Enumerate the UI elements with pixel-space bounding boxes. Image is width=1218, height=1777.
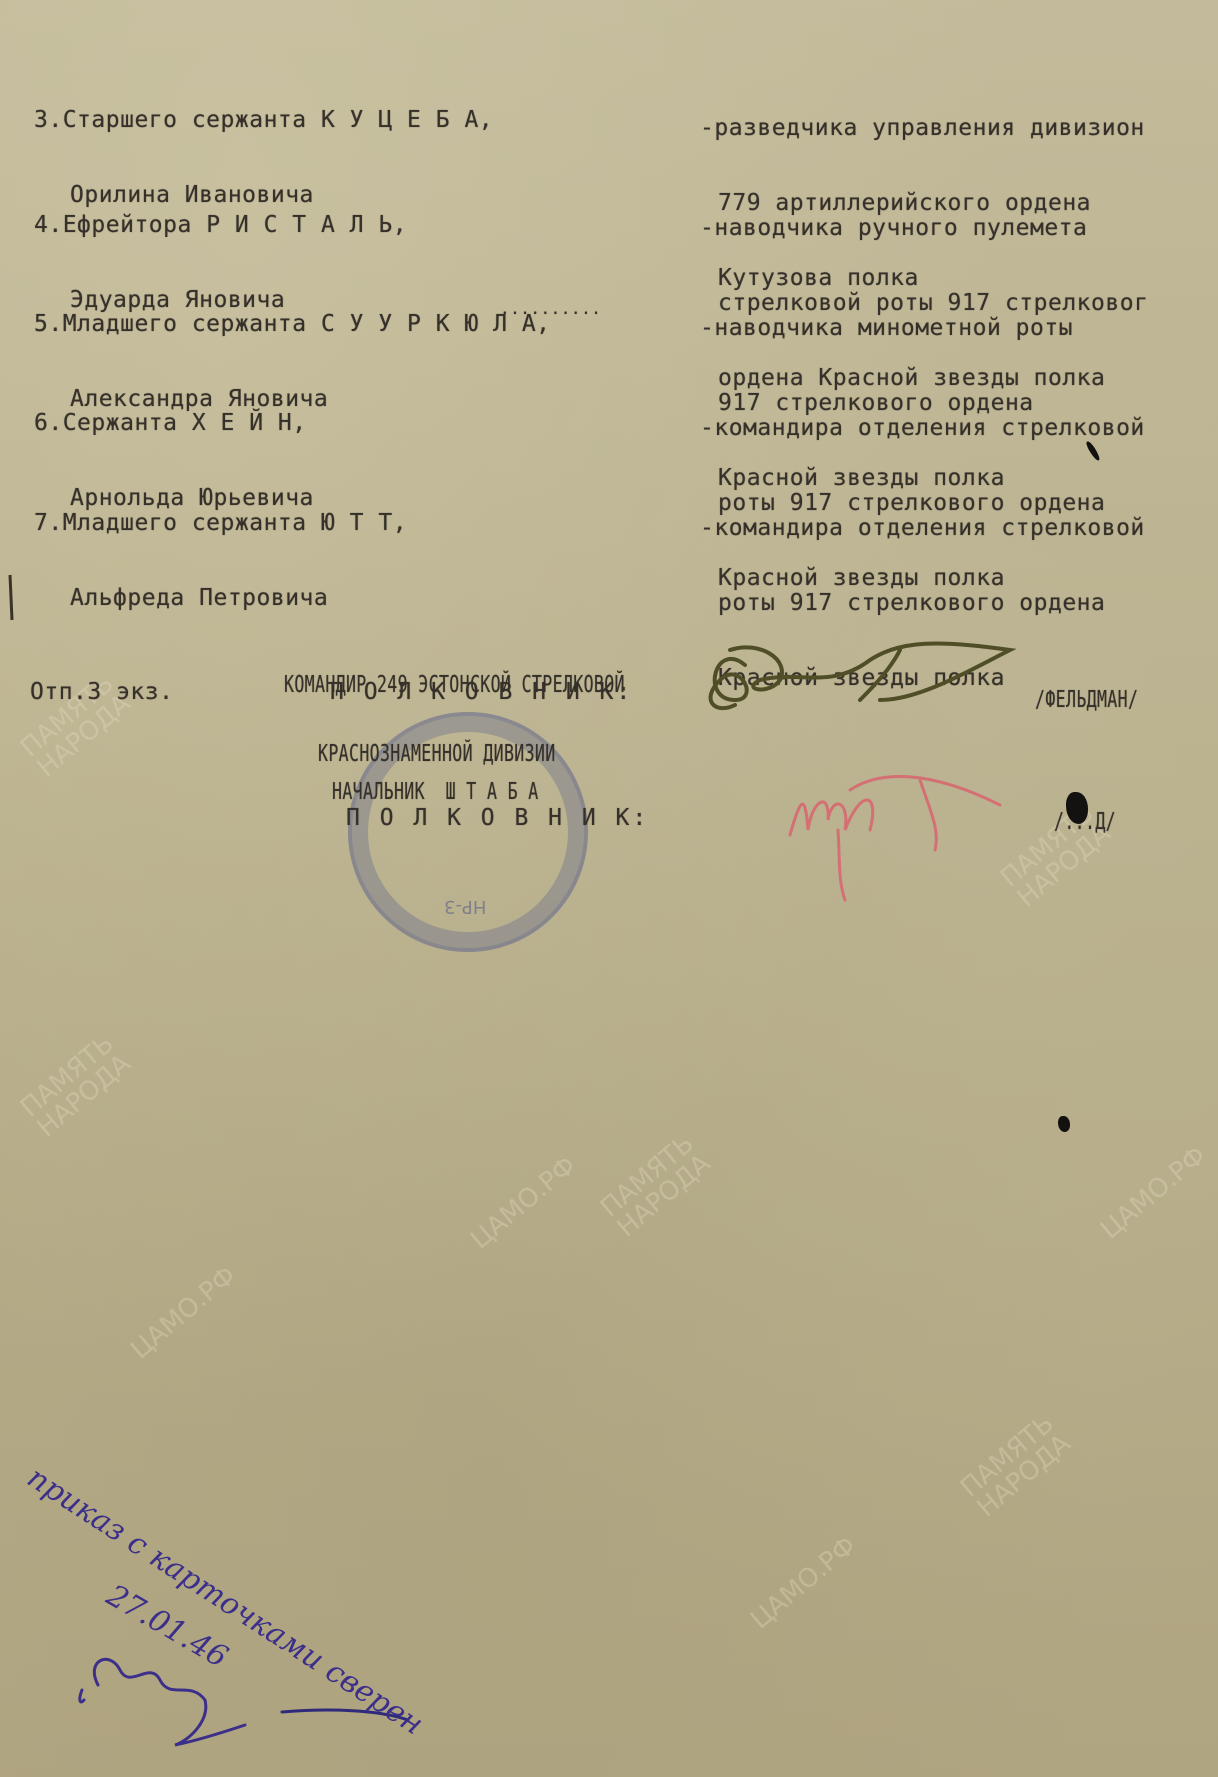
ink-marks <box>0 0 1218 1777</box>
